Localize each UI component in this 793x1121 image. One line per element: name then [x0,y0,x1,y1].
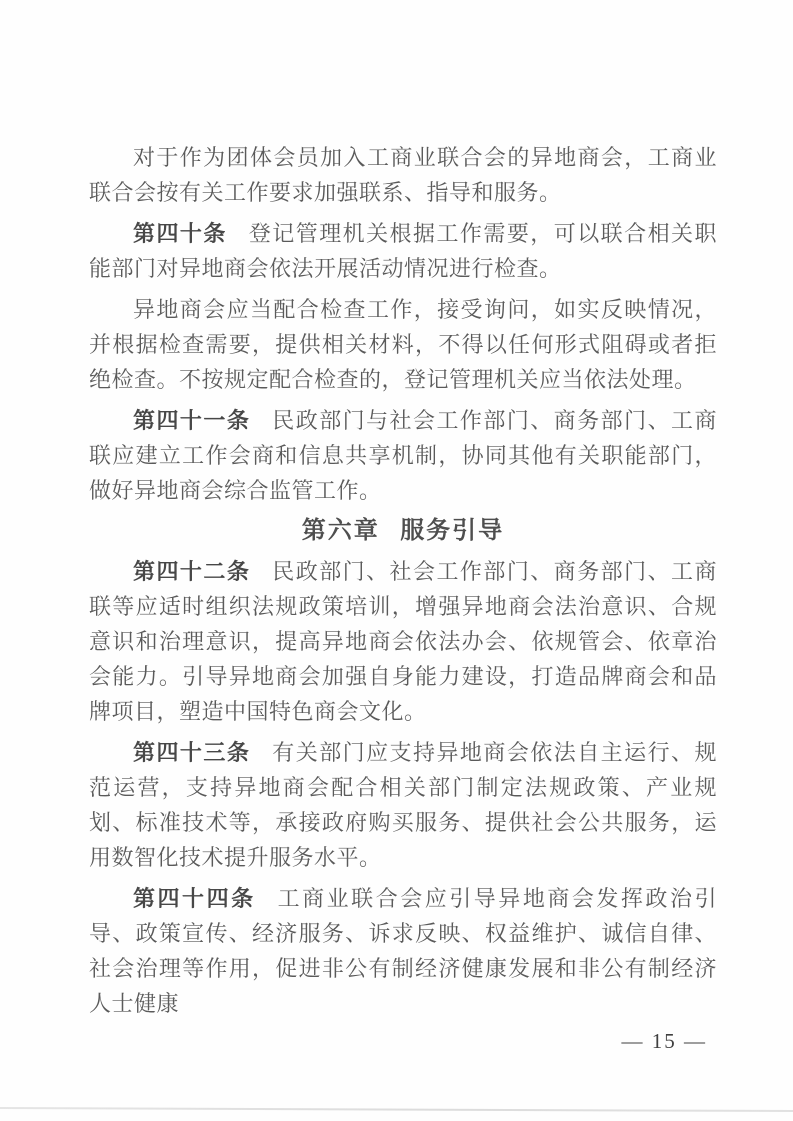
paragraph-article-44: 第四十四条工商业联合会应引导异地商会发挥政治引导、政策宣传、经济服务、诉求反映、… [89,881,717,1021]
paragraph-article-42: 第四十二条民政部门、社会工作部门、商务部门、工商联等应适时组织法规政策培训，增强… [89,554,717,729]
article-number: 第四十一条 [133,408,250,433]
article-number: 第四十二条 [133,559,250,584]
article-number: 第四十三条 [133,740,250,765]
paragraph-text: 对于作为团体会员加入工商业联合会的异地商会，工商业联合会按有关工作要求加强联系、… [89,145,717,205]
page-number: — 15 — [622,1028,708,1054]
chapter-heading: 第六章服务引导 [89,515,717,547]
chapter-number: 第六章 [302,517,380,544]
chapter-title: 服务引导 [400,517,504,544]
paragraph-text: 异地商会应当配合检查工作，接受询问，如实反映情况，并根据检查需要，提供相关材料，… [89,297,717,392]
paragraph-inspection: 异地商会应当配合检查工作，接受询问，如实反映情况，并根据检查需要，提供相关材料，… [89,292,717,397]
document-body: 对于作为团体会员加入工商业联合会的异地商会，工商业联合会按有关工作要求加强联系、… [89,140,717,1027]
article-number: 第四十四条 [133,886,256,911]
scanned-document-page: 对于作为团体会员加入工商业联合会的异地商会，工商业联合会按有关工作要求加强联系、… [0,0,793,1121]
scan-edge-artifact [0,1107,793,1112]
paragraph-article-43: 第四十三条有关部门应支持异地商会依法自主运行、规范运营，支持异地商会配合相关部门… [89,735,717,875]
paragraph-intro: 对于作为团体会员加入工商业联合会的异地商会，工商业联合会按有关工作要求加强联系、… [89,140,717,210]
paragraph-article-40: 第四十条登记管理机关根据工作需要，可以联合相关职能部门对异地商会依法开展活动情况… [89,216,717,286]
paragraph-article-41: 第四十一条民政部门与社会工作部门、商务部门、工商联应建立工作会商和信息共享机制，… [89,403,717,508]
article-number: 第四十条 [133,221,227,246]
